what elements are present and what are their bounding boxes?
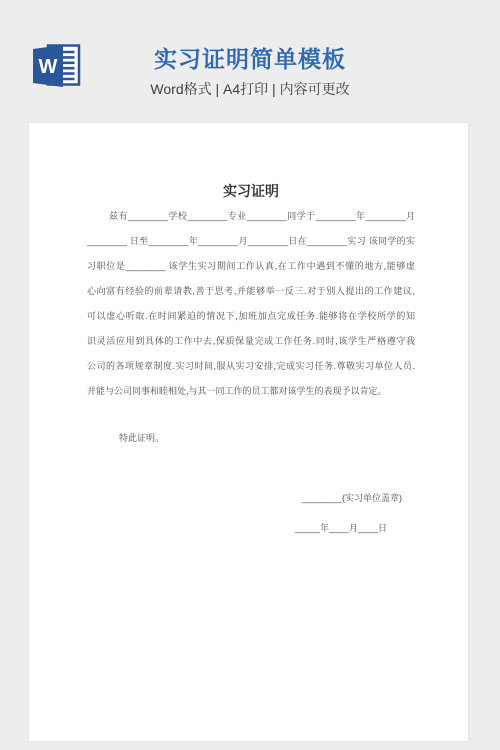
- template-subtitle: Word格式 | A4打印 | 内容可更改: [0, 79, 500, 99]
- document-title: 实习证明: [87, 181, 415, 201]
- body-line: ________ 日至________年________月________日在_…: [87, 229, 415, 254]
- template-title[interactable]: 实习证明简单模板: [0, 44, 500, 74]
- document-page: 实习证明 兹有________学校________专业________同学于__…: [28, 122, 469, 742]
- body-line: 公司的各项规章制度.实习时间,服从实习安排,完成实习任务.尊敬实习单位人员.: [87, 354, 415, 379]
- body-line: 可以虚心听取.在时间紧迫的情况下,加班加点完成任务.能够将在学校所学的知: [87, 304, 415, 329]
- closing-line: 特此证明。: [87, 426, 415, 451]
- body-line: 识灵活应用到具体的工作中去,保质保量完成工作任务.同时,该学生严格遵守我: [87, 329, 415, 354]
- body-line: 并能与公司同事和睦相处,与其一同工作的员工都对该学生的表现予以肯定。: [87, 379, 415, 404]
- date-line: _____年____月____日: [87, 516, 415, 541]
- body-line: 兹有________学校________专业________同学于_______…: [87, 204, 415, 229]
- page-background: { "header": { "title": "实习证明简单模板", "subt…: [0, 0, 500, 750]
- seal-signature-line: ________(实习单位盖章): [87, 486, 415, 511]
- body-paragraph: 兹有________学校________专业________同学于_______…: [87, 204, 415, 404]
- body-line: 习职位是________ 该学生实习期间工作认真,在工作中遇到不懂的地方,能够虚: [87, 254, 415, 279]
- body-line: 心向富有经验的前辈请教,善于思考,并能够举一反三.对于别人提出的工作建议,: [87, 279, 415, 304]
